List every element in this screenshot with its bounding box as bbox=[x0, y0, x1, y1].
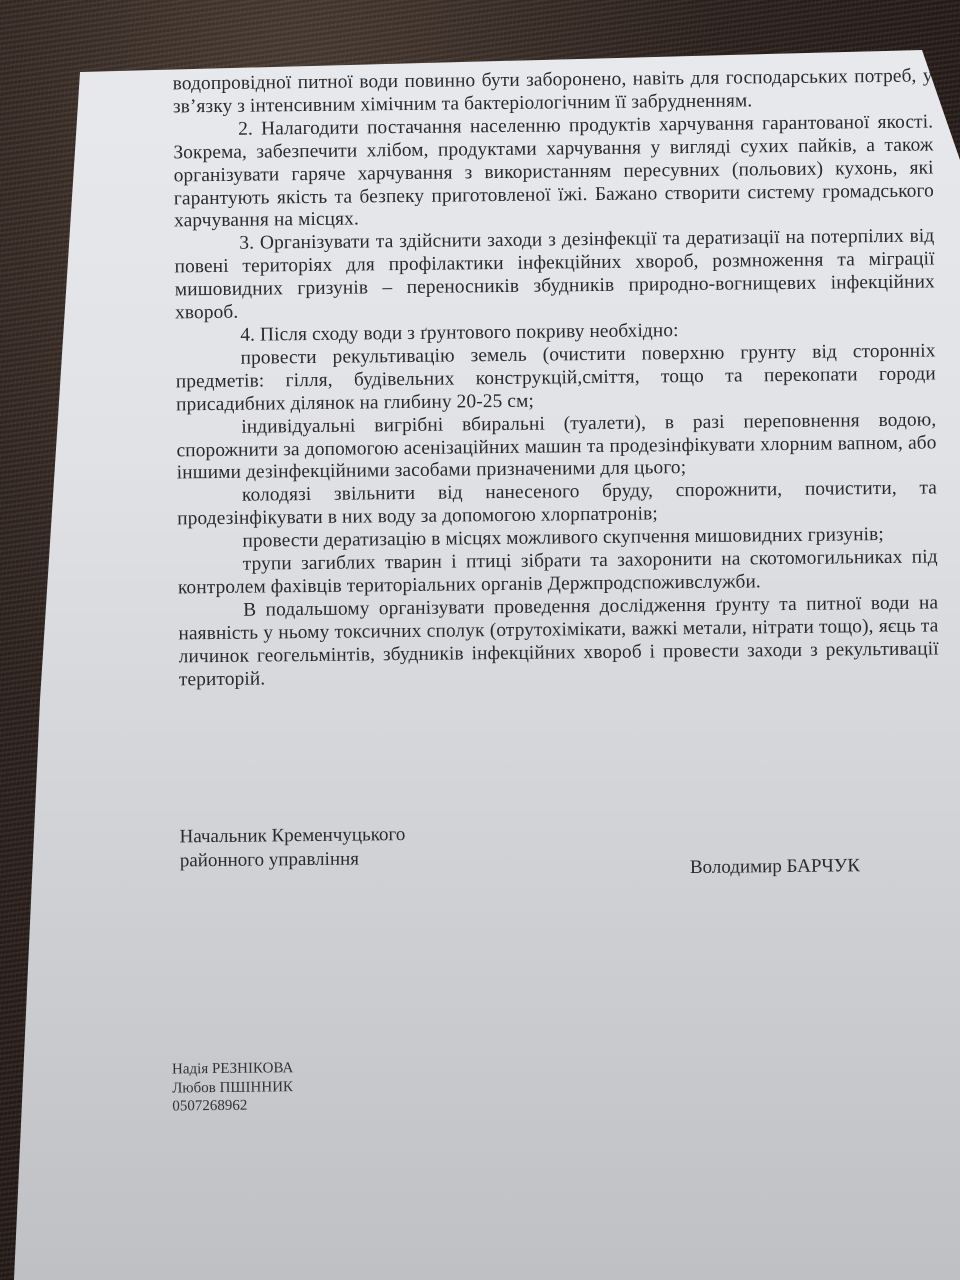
signatory-name: Володимир БАРЧУК bbox=[690, 854, 860, 880]
paragraph-toilets: індивідуальні вигрібні вбиральні (туалет… bbox=[176, 409, 937, 486]
document-body: водопровідної питної води повинно бути з… bbox=[173, 65, 939, 691]
executor-phone: 0507268962 bbox=[172, 1096, 294, 1116]
paragraph-item-2: 2. Налагодити постачання населенню проду… bbox=[173, 111, 934, 233]
signature-block: Начальник Кременчуцького районного управ… bbox=[179, 818, 919, 826]
executor-name-2: Любов ПШІННИК bbox=[172, 1078, 294, 1098]
paragraph-wells: колодязі звільнити від нанесеного бруду,… bbox=[177, 478, 937, 532]
signatory-position-line2: районного управління bbox=[180, 847, 406, 873]
paragraph-item-3: 3. Організувати та здійснити заходи з де… bbox=[174, 226, 935, 326]
paragraph-recultivation: провести рекультивацію земель (очистити … bbox=[175, 340, 936, 417]
signatory-position: Начальник Кременчуцького районного управ… bbox=[179, 823, 405, 873]
signatory-position-line1: Начальник Кременчуцького bbox=[179, 823, 405, 849]
executor-name-1: Надія РЕЗНІКОВА bbox=[172, 1059, 294, 1079]
paragraph-animal-carcasses: трупи загиблих тварин і птиці зібрати та… bbox=[178, 546, 938, 600]
executors-block: Надія РЕЗНІКОВА Любов ПШІННИК 0507268962 bbox=[172, 1059, 294, 1116]
paragraph-further-research: В подальшому організувати проведення дос… bbox=[178, 592, 939, 692]
document-content: водопровідної питної води повинно бути з… bbox=[0, 0, 960, 1280]
paragraph-continuation: водопровідної питної води повинно бути з… bbox=[173, 65, 933, 119]
